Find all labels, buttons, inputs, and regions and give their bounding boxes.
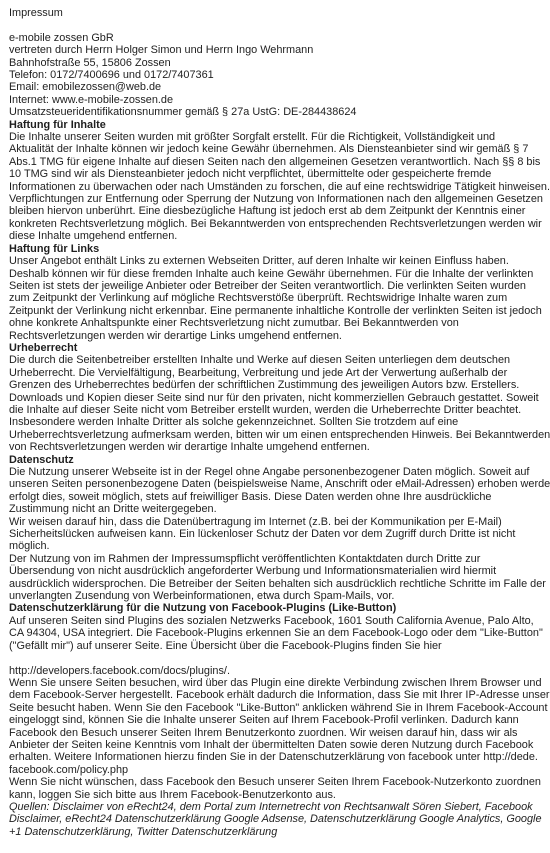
text-line: ausdrücklich widersprochen. Die Betreibe…: [9, 578, 542, 590]
text-line: Die durch die Seitenbetreiber erstellten…: [9, 354, 542, 366]
text-line: diese Inhalte umgehend entfernen.: [9, 230, 542, 242]
text-line: konkreten Rechtsverletzung möglich. Bei …: [9, 218, 542, 230]
impressum-document: Impressum e-mobile zossen GbR vertreten …: [0, 0, 550, 838]
text-line: Der Nutzung von im Rahmen der Impressums…: [9, 553, 542, 565]
section-body: Wenn Sie unsere Seiten besuchen, wird üb…: [9, 677, 542, 801]
section-heading: Datenschutzerklärung für die Nutzung von…: [9, 602, 542, 614]
company-name: e-mobile zossen GbR: [9, 32, 542, 44]
text-line: Insbesondere werden Inhalte Dritter als …: [9, 416, 542, 428]
vat-id: Umsatzsteueridentifikationsnummer gemäß …: [9, 106, 542, 118]
section-body: Unser Angebot enthält Links zu externen …: [9, 255, 542, 342]
text-line: ohne konkrete Anhaltspunkte einer Rechts…: [9, 317, 542, 329]
section-heading: Datenschutz: [9, 454, 542, 466]
text-line: Die Inhalte unserer Seiten wurden mit gr…: [9, 131, 542, 143]
sources-note: Quellen: Disclaimer von eRecht24, dem Po…: [9, 801, 542, 838]
text-line: Downloads und Kopien dieser Seite sind n…: [9, 392, 542, 404]
text-line: erhalten. Weitere Informationen hierzu f…: [9, 751, 542, 763]
page-title: Impressum: [9, 7, 542, 19]
sources-line: +1 Datenschutzerklärung, Twitter Datensc…: [9, 826, 542, 838]
internet: Internet: www.e-mobile-zossen.de: [9, 94, 542, 106]
sources-line: Disclaimer, eRecht24 Datenschutzerklärun…: [9, 813, 542, 825]
text-line: Sicherheitslücken aufweisen kann. Ein lü…: [9, 528, 542, 540]
section-haftung-links: Haftung für Links Unser Angebot enthält …: [9, 243, 542, 342]
section-datenschutz: Datenschutz Die Nutzung unserer Webseite…: [9, 454, 542, 603]
text-line: zum Zeitpunkt der Verlinkung auf möglich…: [9, 292, 542, 304]
text-line: Deshalb können wir für diese fremden Inh…: [9, 268, 542, 280]
text-line: kann, loggen Sie sich bitte aus Ihrem Fa…: [9, 789, 542, 801]
text-line: Unser Angebot enthält Links zu externen …: [9, 255, 542, 267]
text-line: Übersendung von nicht ausdrücklich angef…: [9, 565, 542, 577]
text-line: CA 94304, USA integriert. Die Facebook-P…: [9, 627, 542, 639]
text-line: Anbieter der Seiten keine Kenntnis vom I…: [9, 739, 542, 751]
text-line: Seite besucht haben. Wenn Sie den Facebo…: [9, 702, 542, 714]
contact-block: e-mobile zossen GbR vertreten durch Herr…: [9, 32, 542, 119]
text-line: Auf unseren Seiten sind Plugins des sozi…: [9, 615, 542, 627]
text-line: eingeloggt sind, können Sie die Inhalte …: [9, 714, 542, 726]
text-line: unverlangten Zusendung von Werbeinformat…: [9, 590, 542, 602]
text-line: Zustimmung nicht an Dritte weitergegeben…: [9, 503, 542, 515]
text-line: Verpflichtungen zur Entfernung oder Sper…: [9, 193, 542, 205]
spacer: [9, 19, 542, 31]
text-line: Urheberrecht. Die Vervielfältigung, Bear…: [9, 367, 542, 379]
text-line: Wir weisen darauf hin, dass die Datenübe…: [9, 516, 542, 528]
text-line: die Inhalte auf dieser Seite nicht vom B…: [9, 404, 542, 416]
text-line: erfolgt dies, soweit möglich, stets auf …: [9, 491, 542, 503]
section-heading: Haftung für Links: [9, 243, 542, 255]
text-line: Wenn Sie nicht wünschen, dass Facebook d…: [9, 776, 542, 788]
text-line: dem Facebook-Server hergestellt. Faceboo…: [9, 689, 542, 701]
text-line: Wenn Sie unsere Seiten besuchen, wird üb…: [9, 677, 542, 689]
text-line: Die Nutzung unserer Webseite ist in der …: [9, 466, 542, 478]
text-line: Abs.1 TMG für eigene Inhalte auf diesen …: [9, 156, 542, 168]
section-intro: Auf unseren Seiten sind Plugins des sozi…: [9, 615, 542, 652]
facebook-plugins-url[interactable]: http://developers.facebook.com/docs/plug…: [9, 665, 542, 677]
sources-line: Quellen: Disclaimer von eRecht24, dem Po…: [9, 801, 542, 813]
facebook-policy-url[interactable]: facebook.com/policy.php: [9, 764, 542, 776]
text-line: von Rechtsverletzungen werden wir derart…: [9, 441, 542, 453]
text-line: Urheberrechtsverletzung aufmerksam werde…: [9, 429, 542, 441]
text-line: Seiten ist stets der jeweilige Anbieter …: [9, 280, 542, 292]
section-urheberrecht: Urheberrecht Die durch die Seitenbetreib…: [9, 342, 542, 454]
section-heading: Haftung für Inhalte: [9, 119, 542, 131]
section-facebook-plugins: Datenschutzerklärung für die Nutzung von…: [9, 602, 542, 800]
text-line: 10 TMG sind wir als Diensteanbieter jedo…: [9, 168, 542, 180]
text-line: Aktualität der Inhalte können wir jedoch…: [9, 143, 542, 155]
represented-by: vertreten durch Herrn Holger Simon und H…: [9, 44, 542, 56]
spacer: [9, 652, 542, 664]
section-haftung-inhalte: Haftung für Inhalte Die Inhalte unserer …: [9, 119, 542, 243]
text-line: ("Gefällt mir") auf unserer Seite. Eine …: [9, 640, 542, 652]
text-line: Grenzen des Urheberrechtes bedürfen der …: [9, 379, 542, 391]
section-body: Die Inhalte unserer Seiten wurden mit gr…: [9, 131, 542, 243]
text-line: Rechtsverletzungen werden wir derartige …: [9, 330, 542, 342]
text-line: unseren Seiten personenbezogene Daten (b…: [9, 478, 542, 490]
section-heading: Urheberrecht: [9, 342, 542, 354]
address: Bahnhofstraße 55, 15806 Zossen: [9, 57, 542, 69]
email: Email: emobilezossen@web.de: [9, 81, 542, 93]
section-body: Die durch die Seitenbetreiber erstellten…: [9, 354, 542, 453]
phone: Telefon: 0172/7400696 und 0172/7407361: [9, 69, 542, 81]
text-line: Zeitpunkt der Verlinkung nicht erkennbar…: [9, 305, 542, 317]
text-line: Facebook den Besuch unserer Seiten Ihrem…: [9, 727, 542, 739]
text-line: möglich.: [9, 540, 542, 552]
section-body: Die Nutzung unserer Webseite ist in der …: [9, 466, 542, 602]
text-line: Informationen zu überwachen oder nach Um…: [9, 181, 542, 193]
text-line: bleiben hiervon unberührt. Eine diesbezü…: [9, 205, 542, 217]
